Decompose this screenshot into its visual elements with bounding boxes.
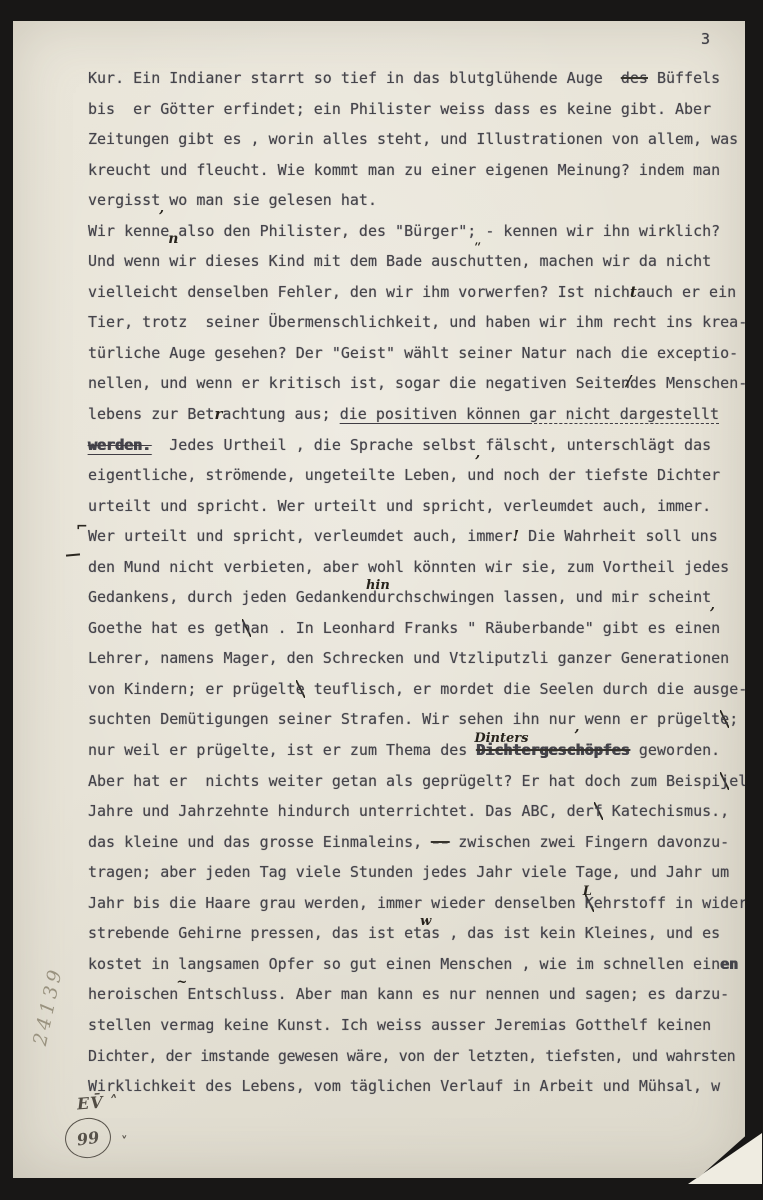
- typed-text: tragen; aber jeden Tag viele Stunden jed…: [88, 863, 729, 881]
- text-line: tragen; aber jeden Tag viele Stunden jed…: [88, 857, 748, 888]
- typed-text: Aber hat er nichts weiter getan als gepr…: [88, 772, 720, 790]
- text-line: Gedankens, durch jeden Gedankenhindurchs…: [88, 582, 748, 613]
- pencil-margin-number: 24139: [29, 964, 67, 1047]
- typed-text: also den Philister, des "Bürger"; - kenn…: [169, 222, 720, 240]
- text-line: nur weil er prügelte, ist er zum Thema d…: [88, 735, 748, 766]
- typed-text: des: [621, 69, 648, 87]
- typed-text: das kleine und das grosse Einmaleins,: [88, 833, 431, 851]
- typed-text: lebens zur Bet: [88, 405, 214, 423]
- typed-text: von Kindern; er prügelt: [88, 680, 296, 698]
- typed-text: zwischen zwei Fingern davonzu-: [449, 833, 729, 851]
- typed-text: Dichter, der imstande gewesen wäre, von …: [88, 1047, 735, 1065]
- text-line: Aber hat er nichts weiter getan als gepr…: [88, 766, 748, 797]
- typed-text: j: [720, 772, 729, 790]
- typed-text: geworden.: [630, 741, 720, 759]
- text-line: bis er Götter erfindet; ein Philister we…: [88, 94, 748, 125]
- circled-number-value: 99: [76, 1127, 101, 1149]
- typed-text: Lehrer, namens Mager, den Schrecken und …: [88, 649, 729, 667]
- text-line: Und wenn wir dieses Kind mit dem Bade au…: [88, 246, 748, 277]
- typed-text: Kur. Ein Indianer starrt so tief in das …: [88, 69, 621, 87]
- typed-text: fälscht, unterschlägt das: [476, 436, 711, 454]
- typed-text: gar nicht dargestellt: [529, 405, 719, 423]
- typed-text: Büffels: [648, 69, 720, 87]
- typed-text: an . In Leonhard Franks " Räuberbande" g…: [251, 619, 721, 637]
- typed-text: kostet in langsamen Opfer so gut einen M…: [88, 955, 720, 973]
- typed-text: stellen vermag keine Kunst. Ich weiss au…: [88, 1016, 711, 1034]
- text-line: werden. Jedes Urtheil , die Sprache selb…: [88, 430, 748, 461]
- typed-text: den Mund nicht verbieten, aber wohl könn…: [88, 558, 729, 576]
- text-line: stellen vermag keine Kunst. Ich weiss au…: [88, 1010, 748, 1041]
- typed-text: Und wenn wir dieses Kind mit dem Bade au…: [88, 252, 476, 270]
- typed-text: Zeitungen gibt es , worin alles steht, u…: [88, 130, 738, 148]
- circle-check-mark: ˅: [121, 1135, 128, 1150]
- typed-text: Jedes Urtheil , die Sprache selbst: [151, 436, 476, 454]
- text-line: Dichter, der imstande gewesen wäre, von …: [88, 1041, 748, 1072]
- text-line: suchten Demütigungen seiner Strafen. Wir…: [88, 704, 748, 735]
- text-line: türliche Auge gesehen? Der "Geist" wählt…: [88, 338, 748, 369]
- typed-text: wenn er prügelt: [576, 710, 721, 728]
- handwritten-correction: t: [630, 283, 637, 301]
- typed-text: Gedankens, durch jeden Gedanken: [88, 588, 368, 606]
- typed-text: en: [720, 955, 738, 973]
- text-line: vergisst, wo man sie gelesen hat.: [88, 185, 748, 216]
- text-line: Lehrer, namens Mager, den Schrecken und …: [88, 643, 748, 674]
- page-number: 3: [701, 30, 710, 48]
- typed-text: ehrstoff in wider-: [594, 894, 757, 912]
- text-line: von Kindern; er prügelte teuflisch, er m…: [88, 674, 748, 705]
- typed-text: durchschwingen lassen, und mir scheint: [368, 588, 711, 606]
- typed-text: strebende Gehirne pressen, das ist et: [88, 924, 422, 942]
- archive-code-annotation: EV̄ ˄: [76, 1092, 119, 1114]
- typescript-body: Kur. Ein Indianer starrt so tief in das …: [88, 63, 748, 1102]
- text-line: nellen, und wenn er kritisch ist, sogar …: [88, 368, 748, 399]
- text-line: Tier, trotz seiner Übermenschlichkeit, u…: [88, 307, 748, 338]
- typed-text: türliche Auge gesehen? Der "Geist" wählt…: [88, 344, 738, 362]
- typed-text: e: [296, 680, 305, 698]
- typed-text: h: [242, 619, 251, 637]
- typed-text: auch er ein: [637, 283, 736, 301]
- typed-text: die positiven können: [340, 405, 530, 423]
- typed-text: wo man sie gelesen hat.: [160, 191, 377, 209]
- typed-text: werden.: [88, 436, 151, 454]
- photo-background: 3 Kur. Ein Indianer starrt so tief in da…: [0, 0, 763, 1200]
- typed-text: eigentliche, strömende, ungeteilte Leben…: [88, 466, 720, 484]
- circled-number-annotation: 99: [62, 1115, 113, 1161]
- typed-text: suchten Demütigungen seiner Strafen. Wir…: [88, 710, 576, 728]
- text-line: Jahr bis die Haare grau werden, immer wi…: [88, 888, 748, 919]
- typed-text: Katechismus.,: [603, 802, 729, 820]
- typed-text: vielleicht denselben Fehler, den wir ihm…: [88, 283, 630, 301]
- typed-text: nur weil er prügelte, ist er zum Thema d…: [88, 741, 476, 759]
- text-line: eigentliche, strömende, ungeteilte Leben…: [88, 460, 748, 491]
- typed-text: kreucht und fleucht. Wie kommt man zu ei…: [88, 161, 720, 179]
- typed-text: Tier, trotz seiner Übermenschlichkeit, u…: [88, 313, 747, 331]
- text-line: Jahre und Jahrzehnte hindurch unterricht…: [88, 796, 748, 827]
- typed-text: utten, machen wir da nicht: [476, 252, 711, 270]
- typed-text: bis er Götter erfindet; ein Philister we…: [88, 100, 711, 118]
- typed-text: Jahr bis die Haare grau werden, immer wi…: [88, 894, 585, 912]
- text-line: lebens zur Betrachtung aus; die positive…: [88, 399, 748, 430]
- typed-text: heroischen: [88, 985, 178, 1003]
- typed-text: vergisst: [88, 191, 160, 209]
- typed-text: ;: [729, 710, 738, 728]
- typed-text: f: [594, 802, 603, 820]
- text-line: den Mund nicht verbieten, aber wohl könn…: [88, 552, 748, 583]
- text-line: urteilt und spricht. Wer urteilt und spr…: [88, 491, 748, 522]
- text-line: heroischen~ Entschluss. Aber man kann es…: [88, 979, 748, 1010]
- text-line: Zeitungen gibt es , worin alles steht, u…: [88, 124, 748, 155]
- text-line: strebende Gehirne pressen, das ist etwas…: [88, 918, 748, 949]
- typed-text: nellen, und wenn er kritisch ist, sogar …: [88, 374, 630, 392]
- text-line: Kur. Ein Indianer starrt so tief in das …: [88, 63, 748, 94]
- typed-text: des Menschen-: [630, 374, 747, 392]
- typed-text: --: [431, 833, 449, 851]
- typed-text: Die Wahrheit soll uns: [519, 527, 718, 545]
- text-line: Wir kennen also den Philister, des "Bürg…: [88, 216, 748, 247]
- typed-text: el: [729, 772, 747, 790]
- typed-text: Entschluss. Aber man kann es nur nennen …: [178, 985, 729, 1003]
- typed-text: achtung aus;: [222, 405, 339, 423]
- text-line: Goethe hat es gethan . In Leonhard Frank…: [88, 613, 748, 644]
- manuscript-page: 3 Kur. Ein Indianer starrt so tief in da…: [13, 21, 745, 1178]
- typed-text: Goethe hat es get: [88, 619, 242, 637]
- typed-text: teuflisch, er mordet die Seelen durch di…: [305, 680, 748, 698]
- typed-text: Jahre und Jahrzehnte hindurch unterricht…: [88, 802, 594, 820]
- typed-text: urteilt und spricht. Wer urteilt und spr…: [88, 497, 711, 515]
- typed-text: Wer urteilt und spricht, verleumdet auch…: [88, 527, 512, 545]
- text-line: Wirklichkeit des Lebens, vom täglichen V…: [88, 1071, 748, 1102]
- typed-text: Wir kenne: [88, 222, 169, 240]
- text-line: kreucht und fleucht. Wie kommt man zu ei…: [88, 155, 748, 186]
- typed-text: Wirklichkeit des Lebens, vom täglichen V…: [88, 1077, 720, 1095]
- text-line: vielleicht denselben Fehler, den wir ihm…: [88, 277, 748, 308]
- margin-dash-mark: [66, 553, 80, 556]
- text-line: das kleine und das grosse Einmaleins, --…: [88, 827, 748, 858]
- margin-bracket-mark: ⌐: [76, 519, 88, 535]
- typed-text: e: [720, 710, 729, 728]
- text-line: Wer urteilt und spricht, verleumdet auch…: [88, 521, 748, 552]
- typed-text: as , das ist kein Kleines, und es: [422, 924, 720, 942]
